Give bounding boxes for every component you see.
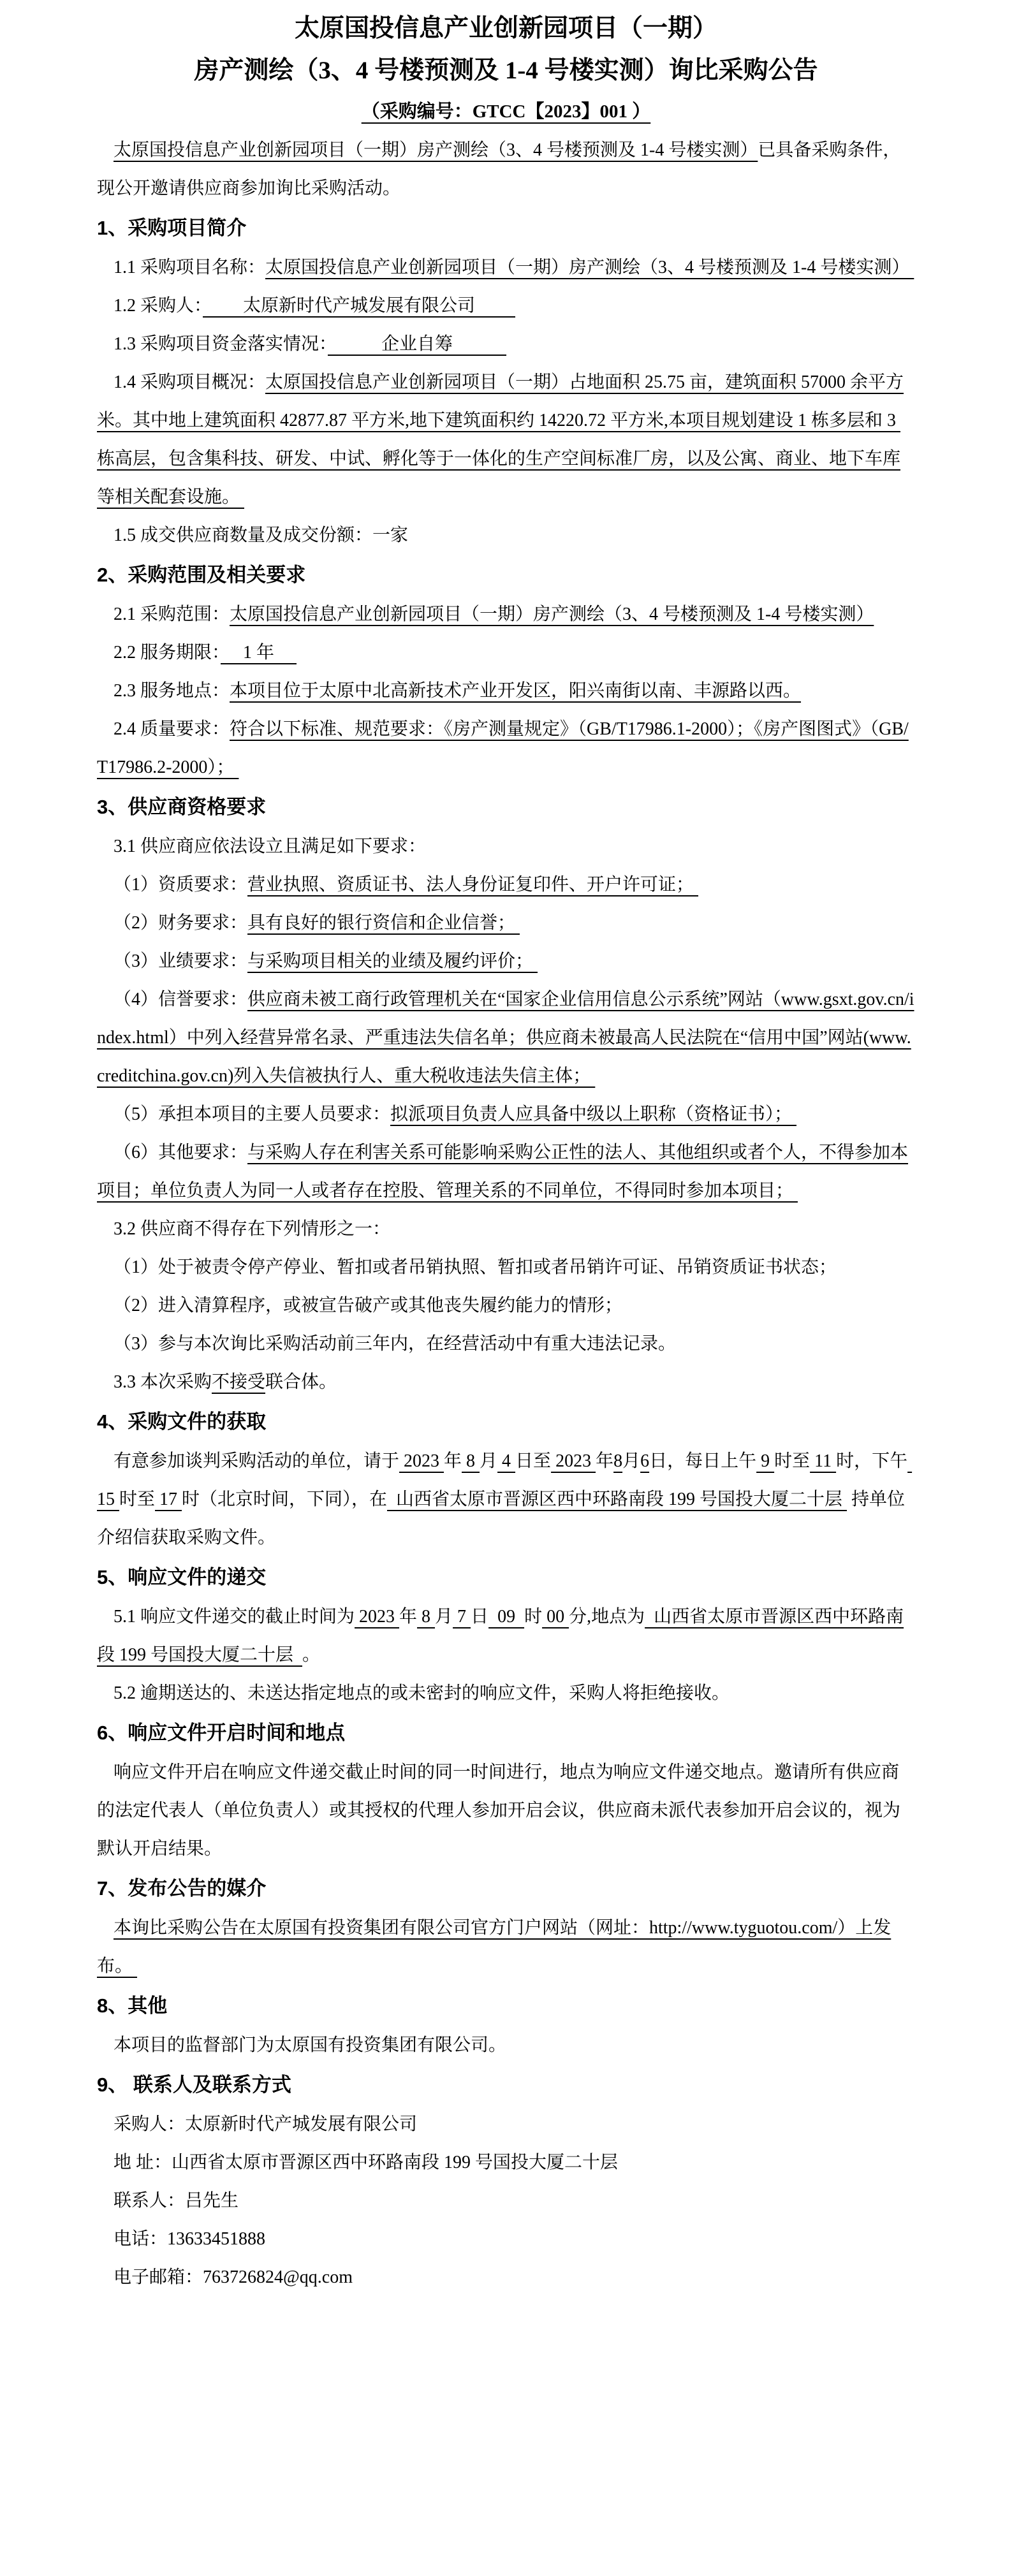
text-run: 分,地点为: [569, 1607, 645, 1627]
section-heading: 8、其他: [97, 1986, 915, 2026]
text-run: 3.2 供应商不得存在下列情形之一：: [114, 1219, 390, 1239]
paragraph: （2）进入清算程序，或被宣告破产或其他丧失履约能力的情形；: [97, 1287, 915, 1325]
paragraph: （3）参与本次询比采购活动前三年内，在经营活动中有重大违法记录。: [97, 1325, 915, 1363]
paragraph: 2.3 服务地点：本项目位于太原中北高新技术产业开发区，阳兴南街以南、丰源路以西…: [97, 672, 915, 710]
underlined-text-run: 17: [155, 1489, 182, 1509]
paragraph: （1）资质要求：营业执照、资质证书、法人身份证复印件、开户许可证；: [97, 866, 915, 904]
underlined-text-run: 11: [810, 1451, 836, 1471]
underlined-text-run: 8: [417, 1607, 435, 1627]
text-run: 3.3 本次采购: [114, 1372, 212, 1392]
paragraph: 1.4 采购项目概况：太原国投信息产业创新园项目（一期）占地面积 25.75 亩…: [97, 363, 915, 516]
section-heading: 5、响应文件的递交: [97, 1557, 915, 1598]
underlined-text-run: 2023: [355, 1607, 399, 1627]
text-run: 5、响应文件的递交: [97, 1566, 266, 1588]
underlined-text-run: 2023: [399, 1451, 444, 1471]
text-run: 9、 联系人及联系方式: [97, 2074, 291, 2096]
paragraph: （1）处于被责令停产停业、暂扣或者吊销执照、暂扣或者吊销许可证、吊销资质证书状态…: [97, 1248, 915, 1287]
paragraph: 2.2 服务期限： 1 年: [97, 634, 915, 672]
underlined-text-run: 太原国投信息产业创新园项目（一期）占地面积 25.75 亩，建筑面积 57000…: [97, 372, 904, 507]
underlined-text-run: 本项目位于太原中北高新技术产业开发区，阳兴南街以南、丰源路以西。: [230, 681, 801, 701]
text-run: 电子邮箱：763726824@qq.com: [114, 2267, 353, 2287]
underlined-text-run: 本询比采购公告在太原国有投资集团有限公司官方门户网站（网址：http://www…: [97, 1918, 891, 1976]
underlined-text-run: 00: [542, 1607, 569, 1627]
paragraph: （5）承担本项目的主要人员要求：拟派项目负责人应具备中级以上职称（资格证书）；: [97, 1095, 915, 1134]
paragraph: 3.1 供应商应依法设立且满足如下要求：: [97, 828, 915, 866]
paragraph: 太原国投信息产业创新园项目（一期）房产测绘（3、4 号楼预测及 1-4 号楼实测…: [97, 131, 915, 208]
paragraph: 响应文件开启在响应文件递交截止时间的同一时间进行，地点为响应文件递交地点。邀请所…: [97, 1753, 915, 1868]
paragraph: 3.3 本次采购不接受联合体。: [97, 1363, 915, 1401]
text-run: 年: [399, 1607, 417, 1627]
underlined-text-run: 营业执照、资质证书、法人身份证复印件、开户许可证；: [247, 875, 698, 895]
text-run: 。: [302, 1645, 320, 1665]
underlined-text-run: 8: [462, 1451, 480, 1471]
text-run: 2、采购范围及相关要求: [97, 564, 305, 586]
paragraph: 1.5 成交供应商数量及成交份额：一家: [97, 516, 915, 555]
text-run: 采购人：太原新时代产城发展有限公司: [114, 2114, 417, 2134]
text-run: 时（北京时间，下同），在: [182, 1489, 387, 1509]
paragraph: （2）财务要求：具有良好的银行资信和企业信誉；: [97, 904, 915, 942]
page-title-line2: 房产测绘（3、4 号楼预测及 1-4 号楼实测）询比采购公告: [97, 50, 915, 92]
paragraph: 有意参加谈判采购活动的单位，请于 2023 年 8 月 4 日至 2023 年8…: [97, 1442, 915, 1557]
text-run: 2.1 采购范围：: [114, 604, 230, 624]
text-run: 有意参加谈判采购活动的单位，请于: [114, 1451, 399, 1471]
paragraph: 联系人：吕先生: [97, 2182, 915, 2220]
text-run: （5）承担本项目的主要人员要求：: [114, 1104, 390, 1124]
text-run: （2）财务要求：: [114, 913, 247, 933]
paragraph: 1.1 采购项目名称：太原国投信息产业创新园项目（一期）房产测绘（3、4 号楼预…: [97, 249, 915, 287]
paragraph: （3）业绩要求：与采购项目相关的业绩及履约评价；: [97, 942, 915, 981]
page-title-line1: 太原国投信息产业创新园项目（一期）: [97, 8, 915, 50]
underlined-text-run: 拟派项目负责人应具备中级以上职称（资格证书）；: [390, 1104, 796, 1124]
paragraph: （6）其他要求：与采购人存在利害关系可能影响采购公正性的法人、其他组织或者个人，…: [97, 1134, 915, 1210]
document-body: 太原国投信息产业创新园项目（一期）房产测绘（3、4 号楼预测及 1-4 号楼实测…: [97, 131, 915, 2297]
text-run: 联合体。: [265, 1372, 337, 1392]
paragraph: 1.2 采购人： 太原新时代产城发展有限公司: [97, 287, 915, 325]
paragraph: 1.3 采购项目资金落实情况： 企业自筹: [97, 325, 915, 363]
text-run: 1.4 采购项目概况：: [114, 372, 265, 392]
text-run: 5.2 逾期送达的、未送达指定地点的或未密封的响应文件，采购人将拒绝接收。: [114, 1683, 730, 1703]
text-run: （2）进入清算程序，或被宣告破产或其他丧失履约能力的情形；: [114, 1296, 622, 1315]
underlined-text-run: 1 年: [221, 643, 297, 662]
underlined-text-run: 09: [488, 1607, 524, 1627]
underlined-text-run: 7: [453, 1607, 471, 1627]
section-heading: 9、 联系人及联系方式: [97, 2065, 915, 2105]
underlined-text-run: 9: [756, 1451, 774, 1471]
underlined-text-run: 山西省太原市晋源区西中环路南段 199 号国投大厦二十层: [387, 1489, 847, 1509]
text-run: 7、发布公告的媒介: [97, 1877, 266, 1899]
underlined-text-run: 太原新时代产城发展有限公司: [203, 296, 515, 316]
section-heading: 1、采购项目简介: [97, 208, 915, 249]
text-run: 电话：13633451888: [114, 2229, 265, 2249]
paragraph: 本询比采购公告在太原国有投资集团有限公司官方门户网站（网址：http://www…: [97, 1909, 915, 1986]
section-heading: 6、响应文件开启时间和地点: [97, 1713, 915, 1753]
text-run: 2.3 服务地点：: [114, 681, 230, 701]
text-run: （1）资质要求：: [114, 875, 247, 895]
text-run: 响应文件开启在响应文件递交截止时间的同一时间进行，地点为响应文件递交地点。邀请所…: [97, 1762, 900, 1859]
text-run: 月: [622, 1451, 640, 1471]
underlined-text-run: 不接受: [212, 1372, 265, 1392]
text-run: 6、响应文件开启时间和地点: [97, 1722, 345, 1744]
paragraph: 本项目的监督部门为太原国有投资集团有限公司。: [97, 2026, 915, 2065]
section-heading: 4、采购文件的获取: [97, 1401, 915, 1442]
section-heading: 7、发布公告的媒介: [97, 1868, 915, 1909]
paragraph: 采购人：太原新时代产城发展有限公司: [97, 2105, 915, 2144]
text-run: 月: [480, 1451, 497, 1471]
section-heading: 2、采购范围及相关要求: [97, 555, 915, 596]
text-run: 3.1 供应商应依法设立且满足如下要求：: [114, 837, 426, 856]
text-run: 2.2 服务期限：: [114, 643, 221, 662]
underlined-text-run: 太原国投信息产业创新园项目（一期）房产测绘（3、4 号楼预测及 1-4 号楼实测…: [230, 604, 874, 624]
text-run: 1.5 成交供应商数量及成交份额：一家: [114, 525, 408, 545]
text-run: （1）处于被责令停产停业、暂扣或者吊销执照、暂扣或者吊销许可证、吊销资质证书状态…: [114, 1257, 837, 1277]
text-run: 3、供应商资格要求: [97, 796, 266, 818]
underlined-text-run: 企业自筹: [328, 334, 506, 354]
text-run: （3）参与本次询比采购活动前三年内，在经营活动中有重大违法记录。: [114, 1334, 676, 1354]
text-run: 8、其他: [97, 1994, 167, 2017]
text-run: 日，每日上午: [649, 1451, 756, 1471]
document: 太原国投信息产业创新园项目（一期） 房产测绘（3、4 号楼预测及 1-4 号楼实…: [0, 0, 1012, 2576]
paragraph: 5.2 逾期送达的、未送达指定地点的或未密封的响应文件，采购人将拒绝接收。: [97, 1674, 915, 1713]
underlined-text-run: 太原国投信息产业创新园项目（一期）房产测绘（3、4 号楼预测及 1-4 号楼实测…: [265, 258, 914, 277]
text-run: 5.1 响应文件递交的截止时间为: [114, 1607, 355, 1627]
text-run: 日: [471, 1607, 488, 1627]
text-run: 日至: [515, 1451, 551, 1471]
text-run: 2.4 质量要求：: [114, 719, 230, 739]
text-run: 本项目的监督部门为太原国有投资集团有限公司。: [114, 2035, 506, 2055]
underlined-text-run: 太原国投信息产业创新园项目（一期）房产测绘（3、4 号楼预测及 1-4 号楼实测…: [114, 140, 758, 160]
text-run: 时至: [119, 1489, 155, 1509]
section-heading: 3、供应商资格要求: [97, 787, 915, 828]
text-run: （6）其他要求：: [114, 1143, 247, 1162]
paragraph: 电子邮箱：763726824@qq.com: [97, 2258, 915, 2297]
paragraph: 3.2 供应商不得存在下列情形之一：: [97, 1210, 915, 1248]
underlined-text-run: 与采购项目相关的业绩及履约评价；: [247, 951, 538, 971]
paragraph: 地 址：山西省太原市晋源区西中环路南段 199 号国投大厦二十层: [97, 2144, 915, 2182]
text-run: 1、采购项目简介: [97, 217, 246, 239]
text-run: 1.2 采购人：: [114, 296, 203, 316]
text-run: 联系人：吕先生: [114, 2191, 238, 2211]
text-run: 年: [444, 1451, 462, 1471]
underlined-text-run: 2023: [551, 1451, 596, 1471]
text-run: （4）信誉要求：: [114, 990, 247, 1009]
text-run: 时: [524, 1607, 542, 1627]
underlined-text-run: 具有良好的银行资信和企业信誉；: [247, 913, 520, 933]
text-run: 时至: [774, 1451, 810, 1471]
text-run: 年: [596, 1451, 613, 1471]
underlined-text-run: 8: [613, 1451, 622, 1471]
paragraph: 5.1 响应文件递交的截止时间为 2023 年 8 月 7 日 09 时 00 …: [97, 1598, 915, 1674]
paragraph: （4）信誉要求：供应商未被工商行政管理机关在“国家企业信用信息公示系统”网站（w…: [97, 981, 915, 1095]
underlined-text-run: 4: [497, 1451, 515, 1471]
underlined-text-run: 6: [640, 1451, 649, 1471]
text-run: 1.1 采购项目名称：: [114, 258, 265, 277]
text-run: 4、采购文件的获取: [97, 1410, 266, 1433]
text-run: （3）业绩要求：: [114, 951, 247, 971]
paragraph: 电话：13633451888: [97, 2220, 915, 2258]
paragraph: 2.1 采购范围：太原国投信息产业创新园项目（一期）房产测绘（3、4 号楼预测及…: [97, 596, 915, 634]
paragraph: 2.4 质量要求：符合以下标准、规范要求：《房产测量规定》（GB/T17986.…: [97, 710, 915, 787]
text-run: 1.3 采购项目资金落实情况：: [114, 334, 328, 354]
procurement-number: （采购编号：GTCC【2023】001 ）: [97, 92, 915, 131]
text-run: 月: [435, 1607, 453, 1627]
text-run: 地 址：山西省太原市晋源区西中环路南段 199 号国投大厦二十层: [114, 2153, 618, 2172]
text-run: 时，下午: [836, 1451, 907, 1471]
